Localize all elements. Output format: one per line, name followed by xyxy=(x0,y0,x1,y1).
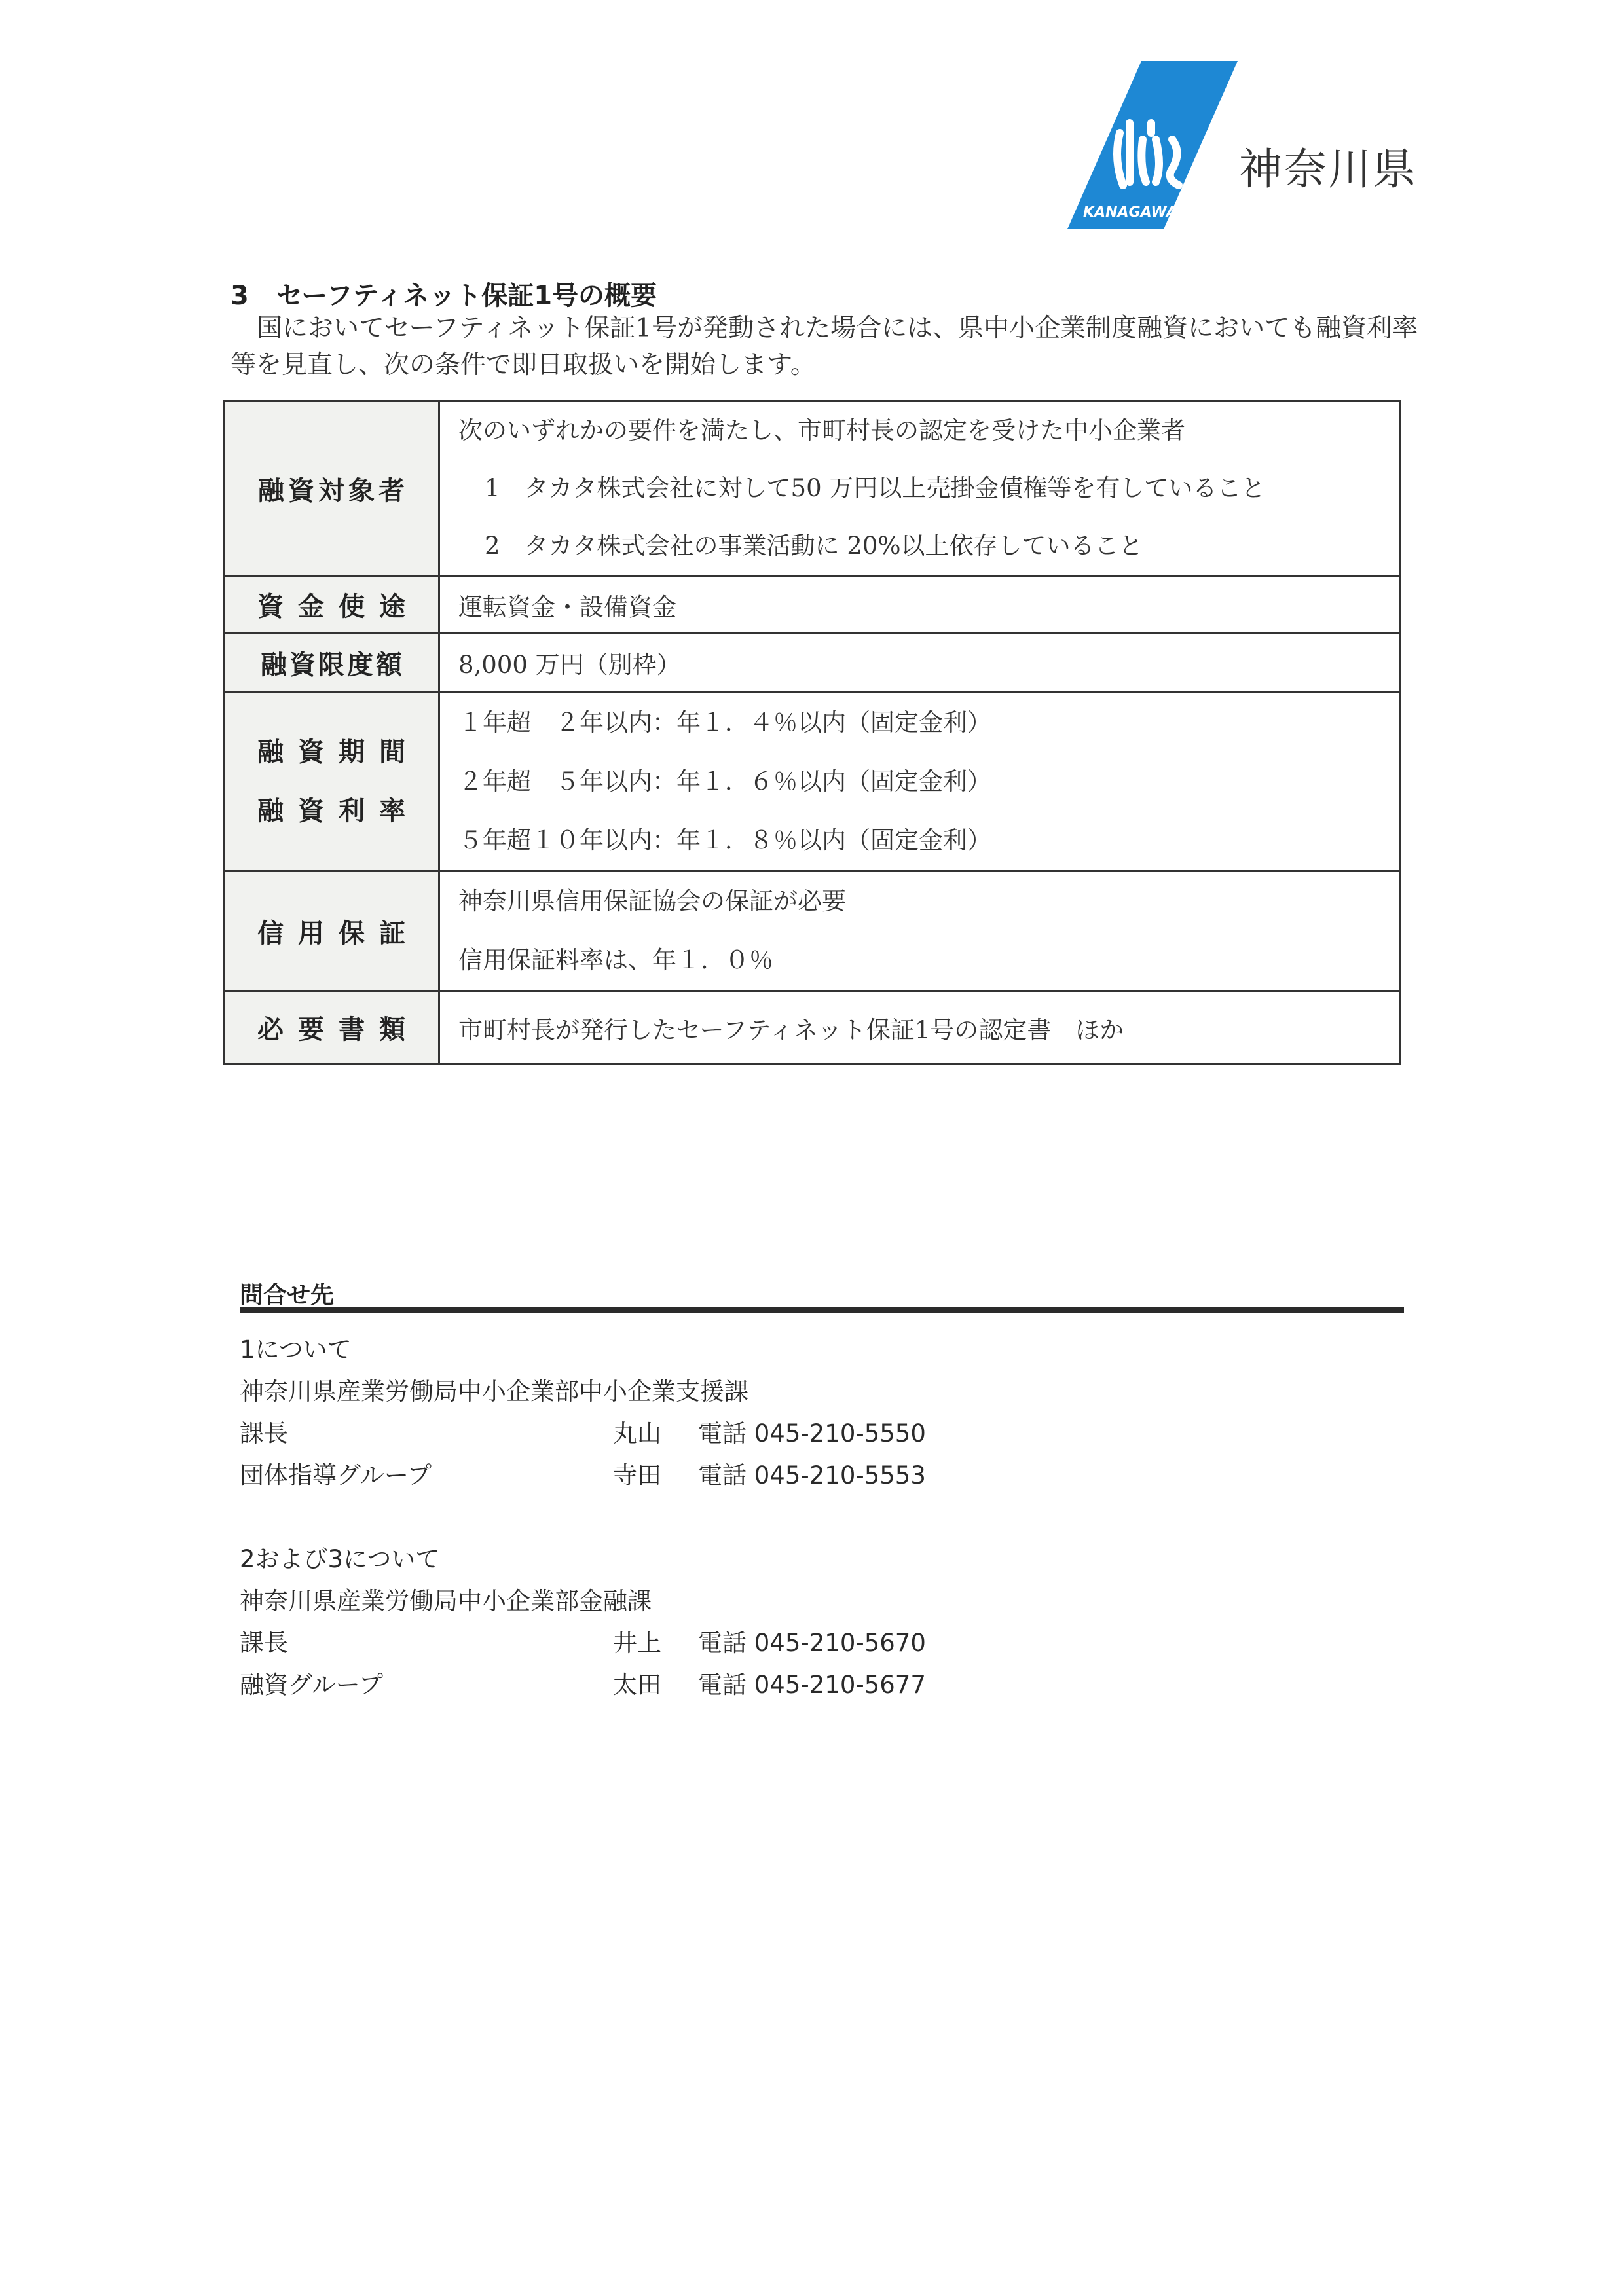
contact-entry: 融資グループ 太田 電話 045-210-5677 xyxy=(240,1664,652,1706)
row-label-text: 融資限度額 xyxy=(261,650,405,680)
value-line: １年超 ２年以内：年１．４％以内（固定金利） xyxy=(458,693,1399,752)
row-label-text: 融資対象者 xyxy=(258,476,409,506)
row-value: 次のいずれかの要件を満たし、市町村長の認定を受けた中小企業者 1 タカタ株式会社… xyxy=(439,401,1400,576)
contact-role: 団体指導グループ xyxy=(240,1461,432,1489)
row-label-text: 融資利率 xyxy=(257,796,420,826)
value-line: 神奈川県信用保証協会の保証が必要 xyxy=(458,872,1399,931)
contact-department: 神奈川県産業労働局中小企業部金融課 xyxy=(240,1580,652,1622)
row-value: 神奈川県信用保証協会の保証が必要 信用保証料率は、年１．０％ xyxy=(439,871,1400,991)
contact-heading: 2および3について xyxy=(240,1539,652,1580)
table-row-target: 融資対象者 次のいずれかの要件を満たし、市町村長の認定を受けた中小企業者 1 タ… xyxy=(224,401,1400,576)
row-value: １年超 ２年以内：年１．４％以内（固定金利） ２年超 ５年以内：年１．６％以内（… xyxy=(439,692,1400,871)
row-label: 融資対象者 xyxy=(224,401,439,576)
value-line: 8,000 万円（別枠） xyxy=(458,645,1399,680)
contact-department: 神奈川県産業労働局中小企業部中小企業支援課 xyxy=(240,1371,748,1413)
section-title-text: セーフティネット保証1号の概要 xyxy=(276,281,657,311)
table-row-documents: 必要書類 市町村長が発行したセーフティネット保証1号の認定書 ほか xyxy=(224,991,1400,1065)
kanagawa-logo: KANAGAWA 神奈川県 xyxy=(1067,61,1434,238)
contact-block-2: 2および3について 神奈川県産業労働局中小企業部金融課 課長 井上 電話 045… xyxy=(240,1539,652,1706)
value-line: 2 タカタ株式会社の事業活動に 20%以上依存していること xyxy=(458,517,1399,575)
contact-role: 課長 xyxy=(240,1629,288,1657)
table-row-limit: 融資限度額 8,000 万円（別枠） xyxy=(224,634,1400,692)
contact-role: 課長 xyxy=(240,1419,288,1448)
contact-role: 融資グループ xyxy=(240,1671,383,1699)
table-row-guarantee: 信用保証 神奈川県信用保証協会の保証が必要 信用保証料率は、年１．０％ xyxy=(224,871,1400,991)
contact-entry: 課長 丸山 電話 045-210-5550 xyxy=(240,1413,748,1455)
kanagawa-emblem-icon: KANAGAWA xyxy=(1067,61,1238,238)
contact-person: 寺田 xyxy=(613,1455,661,1497)
contact-person: 太田 xyxy=(613,1664,661,1706)
intro-paragraph: 国においてセーフティネット保証1号が発動された場合には、県中小企業制度融資におい… xyxy=(231,310,1422,384)
row-value: 8,000 万円（別枠） xyxy=(439,634,1400,692)
row-label: 融資限度額 xyxy=(224,634,439,692)
value-line: 1 タカタ株式会社に対して50 万円以上売掛金債権等を有していること xyxy=(458,460,1399,517)
value-line: 市町村長が発行したセーフティネット保証1号の認定書 ほか xyxy=(458,1010,1399,1046)
row-label: 必要書類 xyxy=(224,991,439,1065)
row-label-text: 融資期間 xyxy=(257,737,420,767)
contact-block-1: 1について 神奈川県産業労働局中小企業部中小企業支援課 課長 丸山 電話 045… xyxy=(240,1329,748,1497)
row-value: 運転資金・設備資金 xyxy=(439,576,1400,634)
table-row-term-rate: 融資期間 融資利率 １年超 ２年以内：年１．４％以内（固定金利） ２年超 ５年以… xyxy=(224,692,1400,871)
row-label-text: 信用保証 xyxy=(257,919,420,949)
contact-phone: 電話 045-210-5553 xyxy=(698,1455,926,1497)
contact-person: 井上 xyxy=(613,1622,661,1664)
prefecture-name: 神奈川県 xyxy=(1239,134,1417,196)
value-line: 次のいずれかの要件を満たし、市町村長の認定を受けた中小企業者 xyxy=(458,402,1399,460)
contact-person: 丸山 xyxy=(613,1413,661,1455)
contact-entry: 課長 井上 電話 045-210-5670 xyxy=(240,1622,652,1664)
row-label-text: 必要書類 xyxy=(257,1015,420,1045)
contact-entry: 団体指導グループ 寺田 電話 045-210-5553 xyxy=(240,1455,748,1497)
contact-phone: 電話 045-210-5550 xyxy=(698,1413,926,1455)
contact-heading: 1について xyxy=(240,1329,748,1371)
row-label: 資金使途 xyxy=(224,576,439,634)
row-label: 信用保証 xyxy=(224,871,439,991)
contact-title: 問合せ先 xyxy=(240,1277,334,1310)
value-line: ２年超 ５年以内：年１．６％以内（固定金利） xyxy=(458,752,1399,811)
section-title: 3セーフティネット保証1号の概要 xyxy=(231,275,657,312)
contact-divider xyxy=(240,1307,1404,1313)
section-number: 3 xyxy=(231,281,276,311)
contact-phone: 電話 045-210-5677 xyxy=(698,1664,926,1706)
row-label: 融資期間 融資利率 xyxy=(224,692,439,871)
value-line: 信用保証料率は、年１．０％ xyxy=(458,931,1399,990)
conditions-table: 融資対象者 次のいずれかの要件を満たし、市町村長の認定を受けた中小企業者 1 タ… xyxy=(223,400,1401,1065)
row-value: 市町村長が発行したセーフティネット保証1号の認定書 ほか xyxy=(439,991,1400,1065)
table-row-usage: 資金使途 運転資金・設備資金 xyxy=(224,576,1400,634)
svg-text:KANAGAWA: KANAGAWA xyxy=(1083,204,1177,221)
contact-phone: 電話 045-210-5670 xyxy=(698,1622,926,1664)
value-line: 運転資金・設備資金 xyxy=(458,587,1399,623)
row-label-text: 資金使途 xyxy=(257,592,420,622)
value-line: ５年超１０年以内：年１．８％以内（固定金利） xyxy=(458,811,1399,870)
